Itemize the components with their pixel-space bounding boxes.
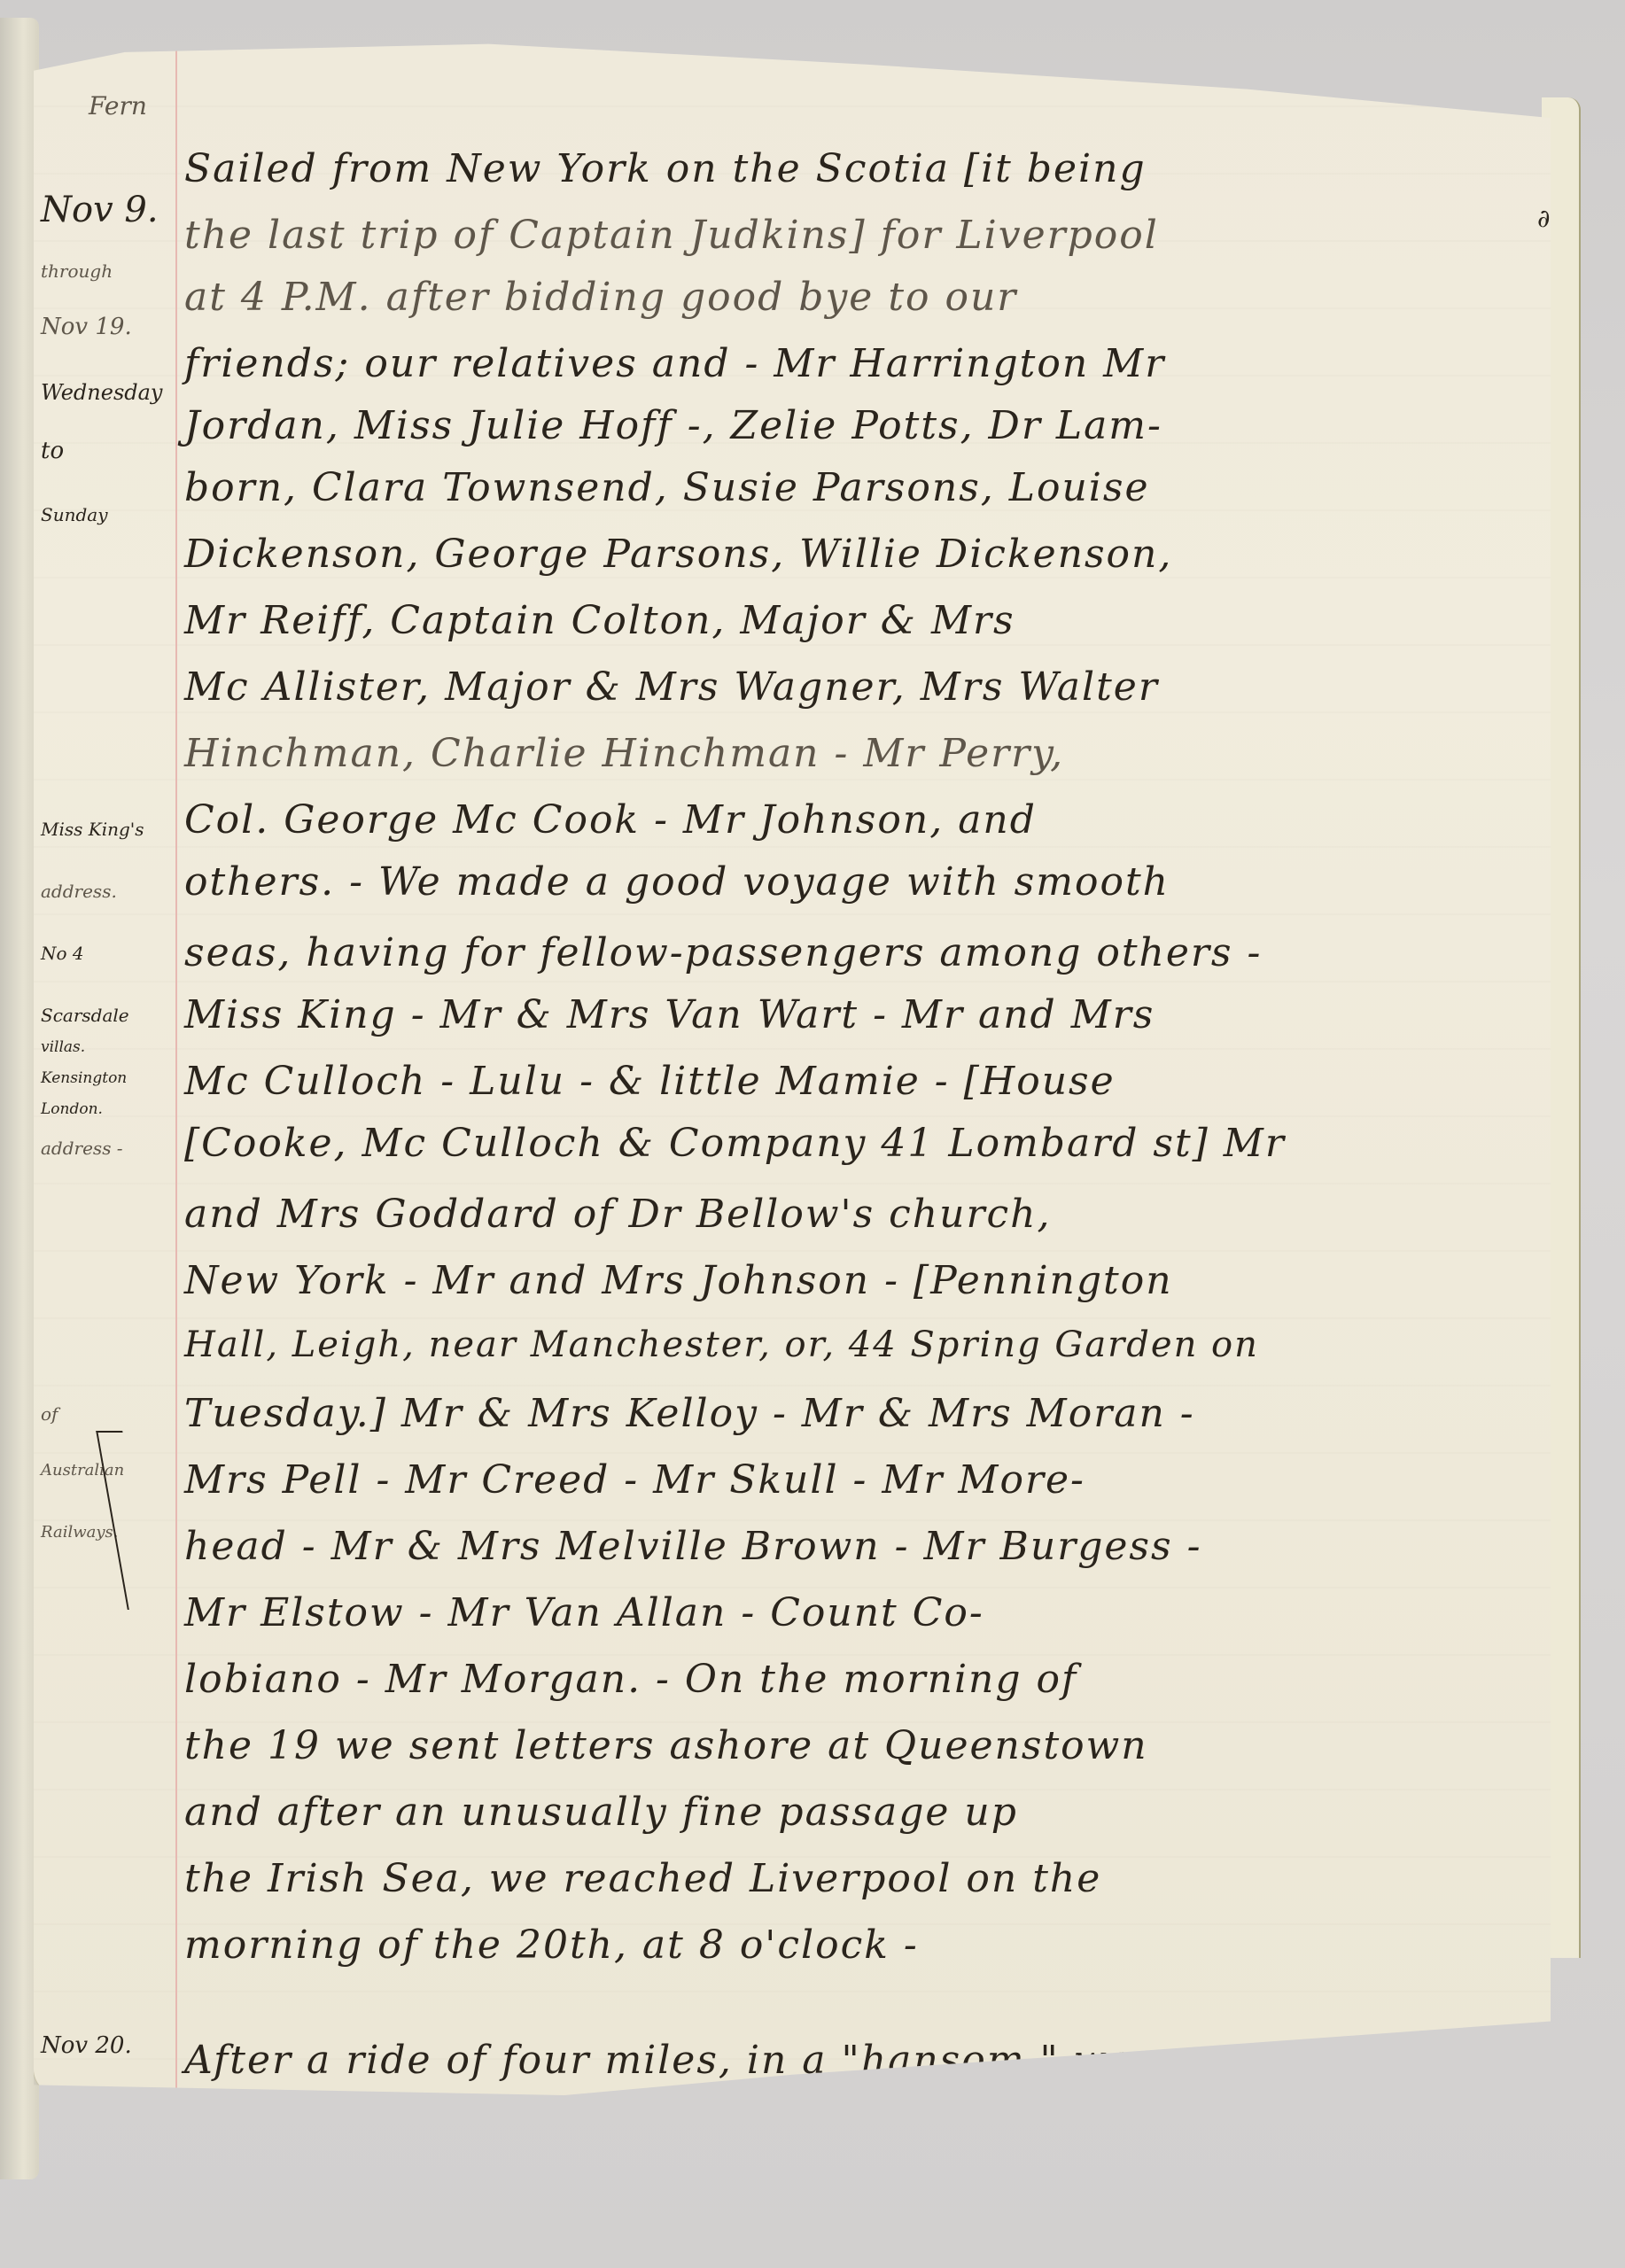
margin-scarsdale: Scarsdale <box>41 1006 129 1025</box>
body-line: Hinchman, Charlie Hinchman - Mr Perry, <box>184 731 1064 776</box>
body-line: the 19 we sent letters ashore at Queenst… <box>184 1723 1148 1768</box>
body-line: the Irish Sea, we reached Liverpool on t… <box>184 1856 1101 1901</box>
body-line: Mc Allister, Major & Mrs Wagner, Mrs Wal… <box>184 664 1159 710</box>
body-line: at 4 P.M. after bidding good bye to our <box>184 275 1017 320</box>
body-line: the last trip of Captain Judkins] for Li… <box>184 213 1159 258</box>
page-edge-mark: ∂ <box>1537 204 1550 233</box>
body-line: Mr Elstow - Mr Van Allan - Count Co- <box>184 1590 984 1635</box>
body-line: Miss King - Mr & Mrs Van Wart - Mr and M… <box>184 992 1155 1037</box>
margin-no-4: No 4 <box>41 944 84 963</box>
page-header-word: Fern <box>89 91 147 120</box>
margin-villas: villas. <box>41 1039 85 1056</box>
margin-wednesday: Wednesday <box>41 381 162 404</box>
body-line: seas, having for fellow-passengers among… <box>184 930 1262 975</box>
margin-railways: Railways. <box>41 1524 118 1542</box>
margin-kensington: Kensington <box>41 1070 127 1087</box>
body-line: New York - Mr and Mrs Johnson - [Penning… <box>184 1258 1173 1303</box>
margin-through: through <box>41 261 113 281</box>
facing-page-edge <box>0 18 39 2179</box>
body-line: morning of the 20th, at 8 o'clock - <box>184 1922 919 1968</box>
body-line: Mr Reiff, Captain Colton, Major & Mrs <box>184 598 1015 643</box>
body-line: and after an unusually fine passage up <box>184 1790 1018 1835</box>
body-line: Dickenson, George Parsons, Willie Dicken… <box>184 532 1172 577</box>
margin-address-1: address. <box>41 882 117 901</box>
margin-address-2: address - <box>41 1138 123 1158</box>
body-line: Sailed from New York on the Scotia [it b… <box>184 146 1147 191</box>
body-line: Col. George Mc Cook - Mr Johnson, and <box>184 797 1037 843</box>
margin-to: to <box>41 439 64 464</box>
body-line: head - Mr & Mrs Melville Brown - Mr Burg… <box>184 1524 1201 1569</box>
margin-sunday: Sunday <box>41 505 108 524</box>
body-line: [Cooke, Mc Culloch & Company 41 Lombard … <box>184 1121 1286 1166</box>
margin-of: of <box>41 1404 58 1424</box>
body-line: Tuesday.] Mr & Mrs Kelloy - Mr & Mrs Mor… <box>184 1391 1195 1436</box>
body-line: Mc Culloch - Lulu - & little Mamie - [Ho… <box>184 1059 1116 1104</box>
body-line: Hall, Leigh, near Manchester, or, 44 Spr… <box>184 1324 1259 1365</box>
margin-london: London. <box>41 1101 103 1118</box>
body-line: born, Clara Townsend, Susie Parsons, Lou… <box>184 465 1150 510</box>
margin-date-nov-20: Nov 20. <box>41 2033 132 2059</box>
margin-connector-line <box>96 1431 154 1610</box>
body-line: Mrs Pell - Mr Creed - Mr Skull - Mr More… <box>184 1457 1085 1503</box>
body-line: and Mrs Goddard of Dr Bellow's church, <box>184 1192 1051 1237</box>
body-line: others. - We made a good voyage with smo… <box>184 859 1170 905</box>
margin-rule <box>175 40 177 2095</box>
margin-miss-kings: Miss King's <box>41 819 144 839</box>
margin-date-nov-19: Nov 19. <box>41 315 132 340</box>
body-line: friends; our relatives and - Mr Harringt… <box>184 341 1165 386</box>
body-line: Jordan, Miss Julie Hoff -, Zelie Potts, … <box>184 403 1162 448</box>
diary-page: Fern Nov 9. through Nov 19. Wednesday to… <box>34 40 1551 2095</box>
body-line: lobiano - Mr Morgan. - On the morning of <box>184 1657 1077 1702</box>
margin-date-nov-9: Nov 9. <box>41 190 159 229</box>
